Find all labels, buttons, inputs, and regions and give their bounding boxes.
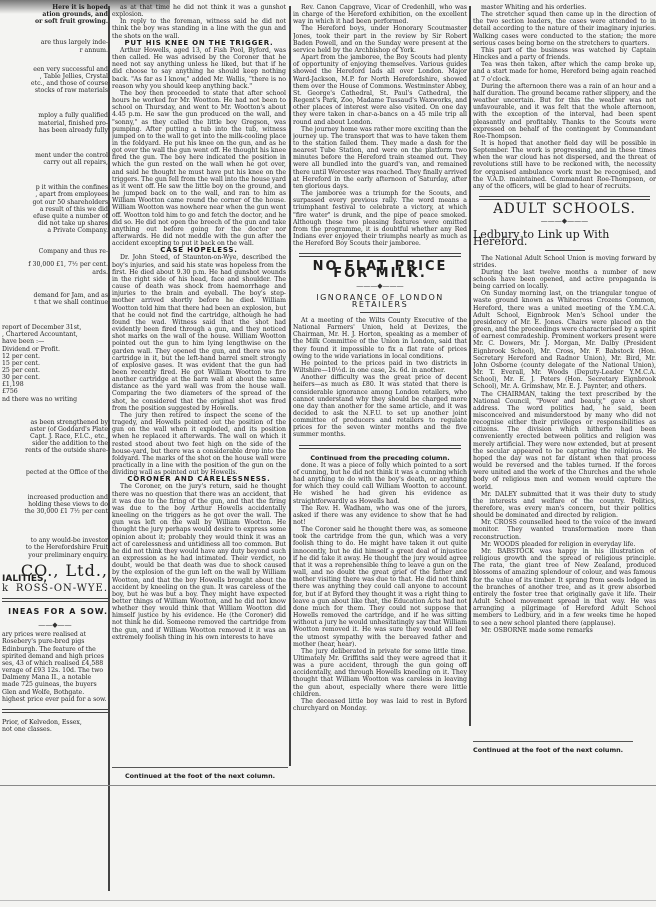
report-line: to any would-be investor: [2, 537, 108, 544]
report-line: rents of the outside share-: [2, 447, 108, 454]
paragraph: done. It was a piece of folly which poin…: [293, 462, 467, 505]
report-line: Company and thus re-: [2, 248, 108, 255]
paragraph: The jury then retired to inspect the sce…: [112, 412, 286, 476]
column-3-scouts-and-milk: Rev. Canon Capgrave, Vicar of Credenhill…: [293, 4, 467, 724]
paragraph: During the afternoon there was a rain of…: [473, 83, 656, 140]
report-line: , Chartered Accountant,: [2, 331, 108, 338]
report-line: 30 per cent.: [2, 374, 108, 381]
page-edge: [0, 900, 656, 901]
divider: [299, 253, 461, 257]
report-line: r annum.: [2, 47, 108, 54]
paragraph: Mr. WOODS pleaded for religion in everyd…: [473, 541, 656, 548]
report-line: nd there was no writing: [2, 396, 108, 403]
paragraph: Tea was then taken, after which the camp…: [473, 61, 656, 82]
paragraph: Mr. BABSTOCK was happy in his illustrati…: [473, 548, 656, 627]
report-line: ards.: [2, 269, 108, 276]
column-rule-3: [469, 6, 471, 726]
continued-note-col2: Continued at the foot of the next column…: [112, 770, 288, 782]
continued-note-col4: Continued at the foot of the next column…: [473, 744, 656, 756]
paragraph: On Sunday morning last, on the triangula…: [473, 290, 656, 390]
report-line: report of December 31st,: [2, 324, 108, 331]
paragraph: This part of the business was watched by…: [473, 47, 656, 61]
milk-subheadline: IGNORANCE OF LONDON RETAILERS: [293, 294, 467, 308]
paragraph: The Hereford boys, under Honorary Scoutm…: [293, 25, 467, 54]
report-line: 12 per cent.: [2, 353, 108, 360]
paragraph: Rev. Canon Capgrave, Vicar of Credenhill…: [293, 4, 467, 25]
paragraph: The jamboree was a triumph for the Scout…: [293, 190, 467, 247]
inquest-intro: as at that time he did not think it was …: [112, 4, 286, 40]
heading-coroner: CORONER AND CARELESSNESS.: [112, 476, 286, 483]
short-rule: [545, 250, 585, 251]
sow-line: highest price ever paid for a sow.: [2, 696, 108, 703]
report-line: did not take up shares: [2, 220, 108, 227]
report-line: £756: [2, 388, 108, 395]
report-line: or soft fruit growing.: [2, 18, 108, 25]
report-line: ation grounds, and: [2, 11, 108, 18]
sow-line: Glen and Wolfe, Bothgate.: [2, 689, 108, 696]
sow-line: Dalmeny Mana II., a notable: [2, 674, 108, 681]
paragraph: master Whiting and his orderlies.: [473, 4, 656, 11]
paragraph: The stretcher squad then came up in the …: [473, 11, 656, 47]
paragraph: The jury deliberated in private for some…: [293, 648, 467, 698]
paragraph: Mr. CROSS counselled heed to the voice o…: [473, 519, 656, 540]
paragraph: The boy then proceeded to state that aft…: [112, 90, 286, 247]
report-line: demand for Jam, and as: [2, 292, 108, 299]
report-line: , Table Jellies, Crystal: [2, 73, 108, 80]
heading-put-his-knee: PUT HIS KNEE ON THE TRIGGER.: [112, 40, 286, 47]
paragraph: Dr. John Steed, of Staunton-on-Wye, desc…: [112, 254, 286, 411]
report-line: a Private Company.: [2, 227, 108, 234]
paragraph: The journey home was rather more excitin…: [293, 126, 467, 190]
report-line: p it within the confines: [2, 184, 108, 191]
doctor-testimony: Dr. John Steed, of Staunton-on-Wye, desc…: [112, 254, 286, 476]
company-location: kROSS-ON-WYE.: [2, 585, 108, 592]
report-line: as been strengthened by: [2, 419, 108, 426]
report-top: Here it is hopedation grounds, andor sof…: [2, 4, 108, 25]
paragraph: At a meeting of the Wilts County Executi…: [293, 317, 467, 360]
column-4-ambulance-and-adult-schools: master Whiting and his orderlies.The str…: [473, 4, 656, 744]
divider: [299, 445, 461, 449]
sow-line: ary prices were realised at: [2, 631, 108, 638]
report-line: ment under the control: [2, 152, 108, 159]
paragraph: The CHAIRMAN, taking the text prescribed…: [473, 391, 656, 491]
ornament-divider: ——◆——: [2, 621, 108, 629]
report-block-13: increased production andholding these vi…: [2, 494, 108, 515]
scouts-report: Rev. Canon Capgrave, Vicar of Credenhill…: [293, 4, 467, 247]
report-line: pected at the Office of the: [2, 469, 108, 476]
sow-line: spirited demand and high prices: [2, 653, 108, 660]
paragraph: It is hoped that another field day will …: [473, 140, 656, 190]
report-block-8: f 30,000 £1, 7½ per cent.ards.: [2, 261, 108, 275]
report-block-11: as been strengthened byaster (of Goddard…: [2, 419, 108, 455]
divider: [2, 709, 108, 713]
coroner-remarks: The Coroner, on the jury's return, said …: [112, 483, 286, 640]
report-line: have been :—: [2, 338, 108, 345]
column-rule-2: [289, 6, 291, 766]
divider: [479, 196, 650, 200]
paragraph: as at that time he did not think it was …: [112, 4, 286, 18]
ambulance-report: master Whiting and his orderlies.The str…: [473, 4, 656, 190]
report-block-3: een very successful and, Table Jellies, …: [2, 66, 108, 95]
report-line: Here it is hoped: [2, 4, 108, 11]
column-2-inquest-report: as at that time he did not think it was …: [112, 4, 286, 784]
heading-case-hopeless: CASE HOPELESS.: [112, 247, 286, 254]
sow-line: made 725 guineas, the buyers: [2, 681, 108, 688]
paragraph: Mr. DALEY submitted that it was their du…: [473, 491, 656, 520]
prior-text: Prior, of Kelvedon, Essex,not one classe…: [2, 719, 108, 733]
report-block-4: mploy a fully qualifiedmaterial, finishe…: [2, 112, 108, 133]
report-line: een very successful and: [2, 66, 108, 73]
continued-from-label: Continued from the preceding column.: [293, 455, 467, 462]
report-line: f 30,000 £1, 7½ per cent.: [2, 261, 108, 268]
report-line: a result of this we did: [2, 206, 108, 213]
report-line: carry out all repairs,: [2, 159, 108, 166]
paragraph: The deceased little boy was laid to rest…: [293, 698, 467, 712]
report-line: holding these views to do: [2, 501, 108, 508]
paragraph: Apart from the jamboree, the Boy Scouts …: [293, 54, 467, 126]
report-line: are thus largely inde-: [2, 39, 108, 46]
adult-schools-headline: ADULT SCHOOLS.: [473, 206, 656, 213]
ornament-divider: ———◆———: [473, 217, 656, 225]
report-line: efuse quite a number of: [2, 213, 108, 220]
report-block-9: demand for Jam, and ast that we shall co…: [2, 292, 108, 306]
sow-line: verage of £93 12s. 10d. The two: [2, 667, 108, 674]
inquest-continued: done. It was a piece of folly which poin…: [293, 462, 467, 712]
report-line: , apart from employees: [2, 191, 108, 198]
report-line: Capt. J. Race, F.I.C., etc.,: [2, 433, 108, 440]
report-block-6: p it within the confines, apart from emp…: [2, 184, 108, 234]
paragraph: The Coroner, on the jury's return, said …: [112, 483, 286, 640]
report-block-5: ment under the controlcarry out all repa…: [2, 152, 108, 166]
sow-line: ses, 43 of which realised £4,588: [2, 660, 108, 667]
paragraph: During the last twelve months a number o…: [473, 269, 656, 290]
ornament-divider: ———◆———: [293, 282, 467, 290]
paragraph: The Coroner said he thought there was, a…: [293, 526, 467, 648]
report-line: 25 per cent.: [2, 367, 108, 374]
paragraph: Another difficulty was the great price o…: [293, 374, 467, 438]
milk-article: At a meeting of the Wilts County Executi…: [293, 317, 467, 439]
report-line: sider the addition to the: [2, 440, 108, 447]
report-line: stocks of raw materials: [2, 87, 108, 94]
report-block-2: are thus largely inde-r annum.: [2, 39, 108, 53]
location-text: ROSS-ON-WYE.: [16, 583, 108, 594]
report-line: material, finished pro-: [2, 120, 108, 127]
report-line: £1,198: [2, 381, 108, 388]
short-rule: [360, 312, 400, 313]
report-line: mploy a fully qualified: [2, 112, 108, 119]
paragraph: Mr. OSBORNE made some remarks: [473, 627, 656, 634]
rule: [112, 767, 288, 768]
report-line: increased production and: [2, 494, 108, 501]
column-1-company-report: Here it is hopedation grounds, andor sof…: [2, 4, 108, 899]
report-line: has been already fully: [2, 127, 108, 134]
prior-line: Prior, of Kelvedon, Essex,: [2, 719, 108, 726]
inquest-testimony: Arthur Howells, aged 13, of Fish Pool, B…: [112, 47, 286, 247]
newspaper-page: Here it is hopedation grounds, andor sof…: [0, 0, 656, 907]
report-block-7: Company and thus re-: [2, 248, 108, 255]
prior-line: not one classes.: [2, 726, 108, 733]
report-line: aster (of Goddard's Plate: [2, 426, 108, 433]
report-block-12: pected at the Office of the: [2, 469, 108, 476]
report-line: to the Herefordshire Fruit: [2, 544, 108, 551]
sow-line: Rosebery's pure-bred pigs: [2, 638, 108, 645]
continued-label: Continued at the foot of the next column…: [112, 772, 288, 780]
report-dividends: report of December 31st,, Chartered Acco…: [2, 324, 108, 403]
report-line: t that we shall continue: [2, 299, 108, 306]
paragraph: The National Adult School Union is movin…: [473, 255, 656, 269]
report-line: etc., and those of course: [2, 80, 108, 87]
paragraph: Arthur Howells, aged 13, of Fish Pool, B…: [112, 47, 286, 90]
sow-line: Edinburgh. The feature of the: [2, 646, 108, 653]
report-line: Dividend or Profit.: [2, 346, 108, 353]
milk-headline: NO FLAT PRICE FOR MILK.: [293, 263, 467, 277]
company-name: CO., Ltd.,: [2, 567, 108, 574]
report-line: 15 per cent.: [2, 360, 108, 367]
paragraph: The Rev. H. Wadham, who was one of the j…: [293, 505, 467, 526]
paragraph: He pointed to the prices paid in two dis…: [293, 360, 467, 374]
page-fold-line: [0, 785, 656, 786]
report-line: the 30,000 £1 7½ per cent: [2, 508, 108, 515]
sow-headline: INEAS FOR A SOW.: [2, 608, 108, 615]
divider: [2, 598, 108, 602]
continued-label: Continued at the foot of the next column…: [473, 746, 656, 754]
adult-schools-subheadline: Ledbury to Link up With Hereford.: [473, 231, 656, 245]
paragraph: In reply to the foreman, witness said he…: [112, 18, 286, 39]
rule: [473, 741, 633, 742]
location-prefix: k: [2, 585, 9, 592]
report-block-14: to any would-be investorto the Herefords…: [2, 537, 108, 558]
sow-text: ary prices were realised atRosebery's pu…: [2, 631, 108, 703]
column-rule-1: [108, 6, 110, 891]
adult-schools-article: The National Adult School Union is movin…: [473, 255, 656, 634]
report-line: your preliminary enquiry.: [2, 552, 108, 559]
report-line: got our 50 shareholders: [2, 199, 108, 206]
